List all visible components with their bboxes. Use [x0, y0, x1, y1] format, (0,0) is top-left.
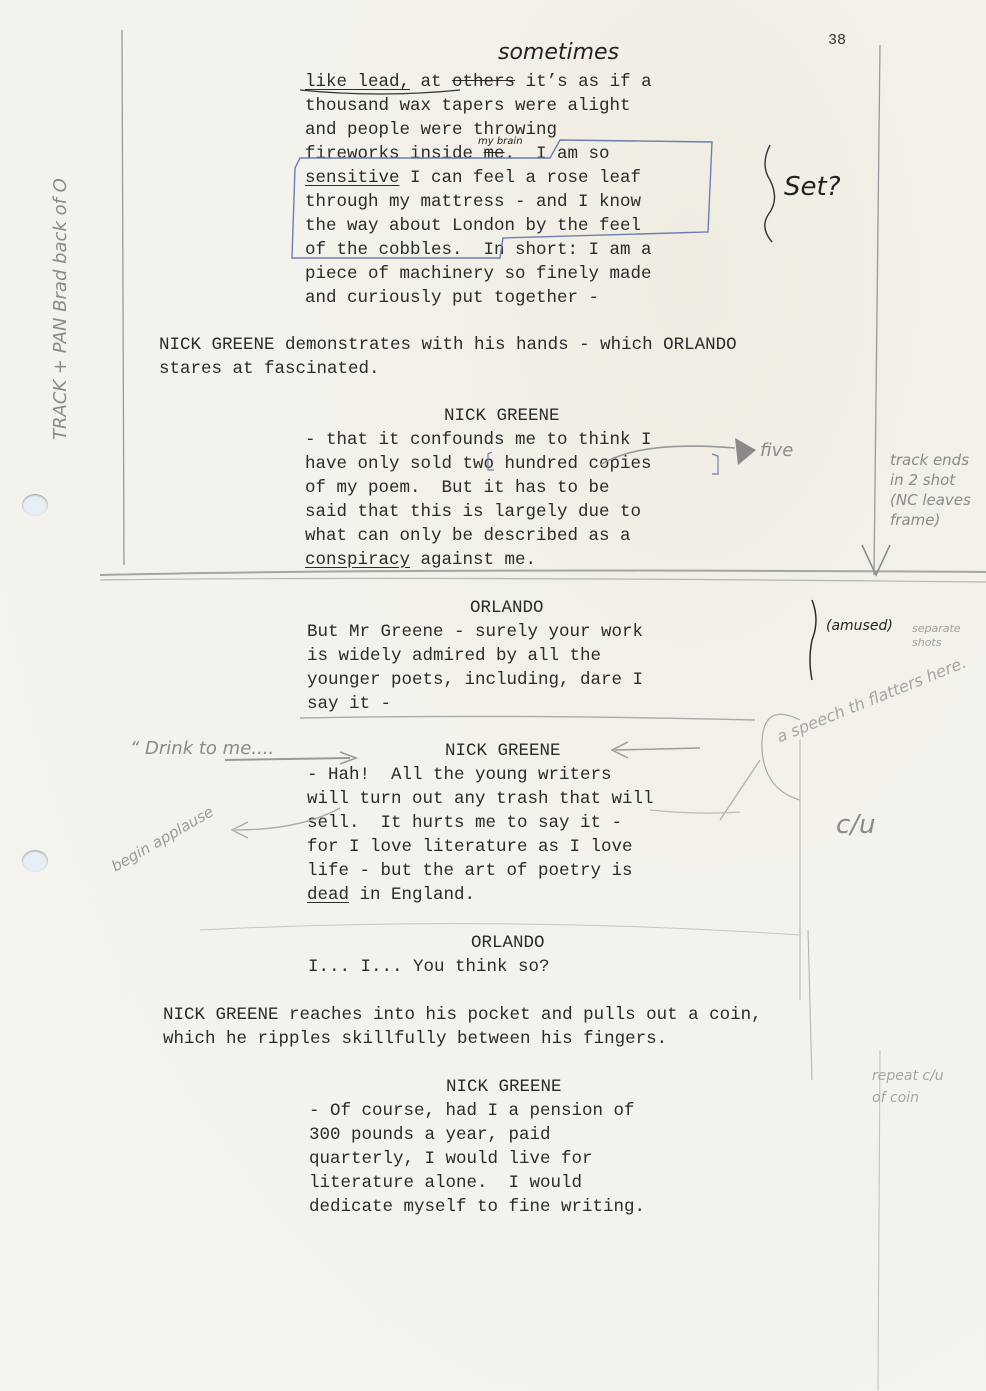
dialogue-line: the way about London by the feel [305, 214, 641, 238]
margin-note: c/u [836, 810, 876, 840]
dialogue-line: is widely admired by all the [307, 644, 601, 668]
dialogue-line: - Hah! All the young writers [307, 763, 612, 787]
dialogue-line: piece of machinery so finely made [305, 262, 652, 286]
insert-note: sometimes [498, 40, 619, 65]
character-name: ORLANDO [470, 596, 544, 620]
action-line: NICK GREENE demonstrates with his hands … [159, 333, 737, 357]
character-name: NICK GREENE [446, 1075, 562, 1099]
character-name: NICK GREENE [444, 404, 560, 428]
dialogue-line: fireworks inside me. I am so [305, 142, 610, 166]
dialogue-line: literature alone. I would [309, 1171, 582, 1195]
character-name: NICK GREENE [445, 739, 561, 763]
margin-note: separate shots [912, 622, 982, 650]
dialogue-line: dead in England. [307, 883, 475, 907]
margin-note: (amused) [826, 618, 893, 634]
dialogue-line: 300 pounds a year, paid [309, 1123, 551, 1147]
dialogue-line: for I love literature as I love [307, 835, 633, 859]
dialogue-line: thousand wax tapers were alight [305, 94, 631, 118]
dialogue-line: But Mr Greene - surely your work [307, 620, 643, 644]
dialogue-line: sensitive I can feel a rose leaf [305, 166, 641, 190]
margin-note: five [760, 440, 793, 461]
dialogue-line: life - but the art of poetry is [307, 859, 633, 883]
dialogue-line: of the cobbles. In short: I am a [305, 238, 652, 262]
dialogue-line: what can only be described as a [305, 524, 631, 548]
page-number: 38 [828, 32, 846, 49]
dialogue-line: have only sold two hundred copies [305, 452, 652, 476]
punch-hole [22, 494, 48, 516]
action-line: stares at fascinated. [159, 357, 380, 381]
dialogue-line: quarterly, I would live for [309, 1147, 593, 1171]
margin-note: “ Drink to me.... [130, 738, 274, 759]
action-line: NICK GREENE reaches into his pocket and … [163, 1003, 762, 1027]
margin-query: Set? [784, 172, 841, 202]
dialogue-line: - Of course, had I a pension of [309, 1099, 635, 1123]
dialogue-line: conspiracy against me. [305, 548, 536, 572]
dialogue-line: younger poets, including, dare I [307, 668, 643, 692]
dialogue-line: will turn out any trash that will [307, 787, 654, 811]
dialogue-line: dedicate myself to fine writing. [309, 1195, 645, 1219]
dialogue-line: through my mattress - and I know [305, 190, 641, 214]
margin-note: track ends in 2 shot (NC leaves frame) [890, 450, 980, 530]
dialogue-line: and curiously put together - [305, 286, 599, 310]
dialogue-line: of my poem. But it has to be [305, 476, 610, 500]
dialogue-line: - that it confounds me to think I [305, 428, 652, 452]
action-line: which he ripples skillfully between his … [163, 1027, 667, 1051]
margin-note-vertical: TRACK + PAN Brad back of O [50, 178, 71, 440]
dialogue-line: like lead, at others it’s as if a [305, 70, 652, 94]
margin-note: repeat c/u of coin [872, 1065, 952, 1109]
dialogue-line: I... I... You think so? [308, 955, 550, 979]
insert-note: my brain [478, 136, 523, 147]
dialogue-line: say it - [307, 692, 391, 716]
punch-hole [22, 850, 48, 872]
dialogue-line: sell. It hurts me to say it - [307, 811, 622, 835]
dialogue-line: said that this is largely due to [305, 500, 641, 524]
character-name: ORLANDO [471, 931, 545, 955]
